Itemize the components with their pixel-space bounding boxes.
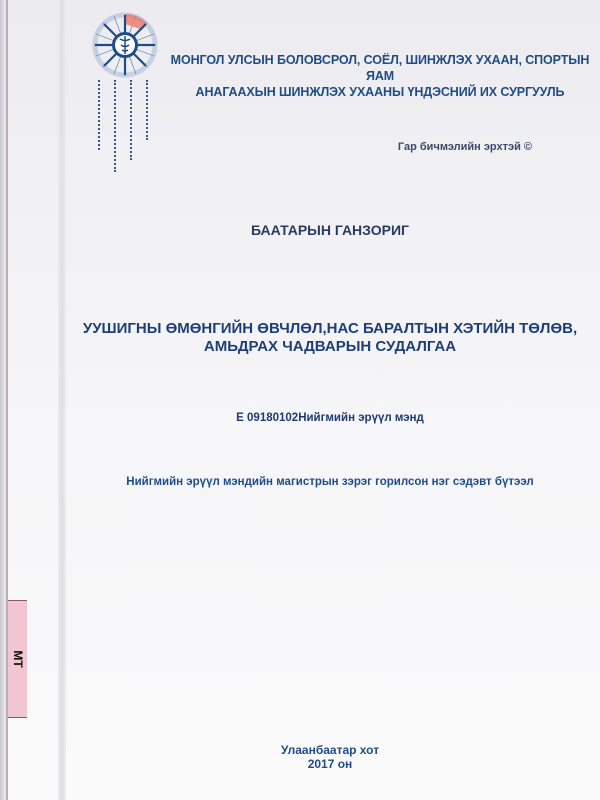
- university-emblem-icon: [92, 12, 158, 78]
- thesis-title-line-1: УУШИГНЫ ӨМӨНГИЙН ӨВЧЛӨЛ,НАС БАРАЛТЫН ХЭТ…: [60, 320, 600, 338]
- library-label: МТ: [8, 600, 27, 718]
- specialty-code: E 09180102Нийгмийн эрүүл мэнд: [60, 412, 600, 424]
- place-and-year: Улаанбаатар хот 2017 он: [60, 743, 600, 771]
- thesis-title-line-2: АМЬДРАХ ЧАДВАРЫН СУДАЛГАА: [60, 338, 600, 356]
- year: 2017 он: [60, 757, 600, 771]
- degree-statement: Нийгмийн эрүүл мэндийн магистрын зэрэг г…: [60, 476, 600, 488]
- city: Улаанбаатар хот: [60, 743, 600, 757]
- library-label-text: МТ: [11, 650, 25, 667]
- author-name: БААТАРЫН ГАНЗОРИГ: [0, 222, 600, 238]
- mongolian-script-emblem-text: [92, 80, 162, 180]
- ministry-line-1: МОНГОЛ УЛСЫН БОЛОВСРОЛ, СОЁЛ, ШИНЖЛЭХ УХ…: [160, 52, 600, 84]
- cover-fold: [58, 0, 66, 800]
- thesis-title: УУШИГНЫ ӨМӨНГИЙН ӨВЧЛӨЛ,НАС БАРАЛТЫН ХЭТ…: [60, 320, 600, 356]
- copyright-notice: Гар бичмэлийн эрхтэй ©: [398, 141, 532, 153]
- university-name: АНАГААХЫН ШИНЖЛЭХ УХААНЫ ҮНДЭСНИЙ ИХ СУР…: [160, 84, 600, 100]
- ministry-header: МОНГОЛ УЛСЫН БОЛОВСРОЛ, СОЁЛ, ШИНЖЛЭХ УХ…: [160, 52, 600, 100]
